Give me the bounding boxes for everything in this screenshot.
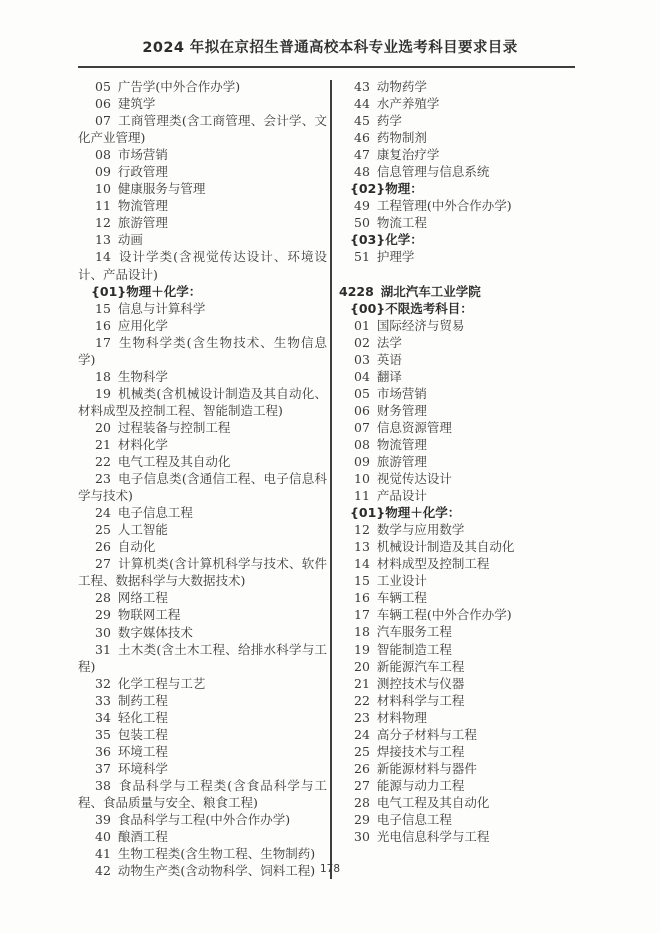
list-item: 14材料成型及控制工程 — [337, 555, 575, 572]
item-text: 信息资源管理 — [377, 420, 452, 435]
list-item: 07信息资源管理 — [337, 419, 575, 436]
item-number: 29 — [354, 812, 370, 827]
right-column: 43动物药学 44水产养殖学 45药学 46药物制剂 47康复治疗学 48信息管… — [334, 78, 575, 879]
item-number: 26 — [354, 761, 370, 776]
list-item: 36环境工程 — [78, 743, 327, 760]
item-number: 40 — [95, 829, 111, 844]
item-text: 食品科学与工程(中外合作办学) — [118, 812, 290, 827]
item-text: 材料科学与工程 — [377, 693, 465, 708]
list-item: 32化学工程与工艺 — [78, 675, 327, 692]
item-text: 市场营销 — [377, 386, 427, 401]
item-text: 产品设计 — [377, 488, 427, 503]
list-item: 02法学 — [337, 334, 575, 351]
item-number: 03 — [354, 352, 370, 367]
item-number: 16 — [354, 590, 370, 605]
list-item: 34轻化工程 — [78, 709, 327, 726]
item-number: 24 — [95, 505, 111, 520]
item-number: 36 — [95, 744, 111, 759]
list-item: 12数学与应用数学 — [337, 521, 575, 538]
list-item: 47康复治疗学 — [337, 146, 575, 163]
item-number: 35 — [95, 727, 111, 742]
item-number: 22 — [354, 693, 370, 708]
list-item: 12旅游管理 — [78, 214, 327, 231]
item-text: 水产养殖学 — [377, 96, 440, 111]
item-number: 33 — [95, 693, 111, 708]
document-header: 2024 年拟在京招生普通高校本科专业选考科目要求目录 — [0, 0, 660, 68]
item-text: {03}化学： — [350, 232, 423, 247]
item-number: 09 — [95, 164, 111, 179]
list-item: 35包装工程 — [78, 726, 327, 743]
item-text: 数学与应用数学 — [377, 522, 465, 537]
list-item: 05市场营销 — [337, 385, 575, 402]
item-text: 计算机类(含计算机科学与技术、软件工程、数据科学与大数据技术) — [78, 556, 327, 588]
list-item: 27计算机类(含计算机科学与技术、软件工程、数据科学与大数据技术) — [78, 555, 327, 589]
item-number: 47 — [354, 147, 370, 162]
item-text: 机械设计制造及其自动化 — [377, 539, 515, 554]
item-number: 19 — [354, 642, 370, 657]
list-item: 16应用化学 — [78, 317, 327, 334]
item-text: 环境工程 — [118, 744, 168, 759]
list-item: 31土木类(含土木工程、给排水科学与工程) — [78, 641, 327, 675]
item-number: 22 — [95, 454, 111, 469]
list-item: 22材料科学与工程 — [337, 692, 575, 709]
item-number: 50 — [354, 215, 370, 230]
item-text: 车辆工程 — [377, 590, 427, 605]
list-item: 24电子信息工程 — [78, 504, 327, 521]
list-item: 18生物科学 — [78, 368, 327, 385]
item-text: 物流管理 — [118, 198, 168, 213]
list-item: 21测控技术与仪器 — [337, 675, 575, 692]
list-item: 23电子信息类(含通信工程、电子信息科学与技术) — [78, 470, 327, 504]
item-number: 09 — [354, 454, 370, 469]
item-number: 06 — [354, 403, 370, 418]
item-number: 20 — [354, 659, 370, 674]
item-number: 15 — [354, 573, 370, 588]
item-text: 药物制剂 — [377, 130, 427, 145]
list-item: {00}不限选考科目： — [337, 300, 575, 317]
page-number: 178 — [0, 863, 660, 875]
item-number: 25 — [95, 522, 111, 537]
item-number: 27 — [354, 778, 370, 793]
item-text: 工业设计 — [377, 573, 427, 588]
two-column-layout: 05广告学(中外合作办学) 06建筑学 07工商管理类(含工商管理、会计学、文化… — [78, 78, 575, 879]
item-text: 测控技术与仪器 — [377, 676, 465, 691]
item-number: 13 — [95, 232, 111, 247]
list-item: 13动画 — [78, 231, 327, 248]
item-number: 14 — [354, 556, 370, 571]
list-item: 41生物工程类(含生物工程、生物制药) — [78, 845, 327, 862]
item-text: 自动化 — [118, 539, 156, 554]
list-item: 40酿酒工程 — [78, 828, 327, 845]
list-item: 15工业设计 — [337, 572, 575, 589]
item-number: 4228 — [339, 284, 374, 299]
item-text: 车辆工程(中外合作办学) — [377, 607, 512, 622]
item-text: 土木类(含土木工程、给排水科学与工程) — [78, 642, 327, 674]
page-title: 2024 年拟在京招生普通高校本科专业选考科目要求目录 — [80, 38, 580, 58]
item-number: 31 — [95, 642, 111, 657]
item-text: 健康服务与管理 — [118, 181, 206, 196]
item-number: 05 — [95, 79, 111, 94]
item-number: 21 — [95, 437, 111, 452]
item-text: 工商管理类(含工商管理、会计学、文化产业管理) — [78, 113, 327, 145]
item-text: 广告学(中外合作办学) — [118, 79, 240, 94]
list-item: 26新能源材料与器件 — [337, 760, 575, 777]
item-text: 人工智能 — [118, 522, 168, 537]
list-item: 43动物药学 — [337, 78, 575, 95]
list-item: 25人工智能 — [78, 521, 327, 538]
list-item: 17车辆工程(中外合作办学) — [337, 606, 575, 623]
item-number: 41 — [95, 846, 111, 861]
item-number: 17 — [95, 335, 111, 350]
item-text: 能源与动力工程 — [377, 778, 465, 793]
list-item: 22电气工程及其自动化 — [78, 453, 327, 470]
list-item: {01}物理＋化学： — [78, 283, 327, 300]
column-divider-rule — [330, 80, 332, 879]
item-number: 01 — [354, 318, 370, 333]
item-text: 新能源材料与器件 — [377, 761, 477, 776]
item-text: 市场营销 — [118, 147, 168, 162]
list-item: 24高分子材料与工程 — [337, 726, 575, 743]
item-text: 物流管理 — [377, 437, 427, 452]
list-item: 17生物科学类(含生物技术、生物信息学) — [78, 334, 327, 368]
item-text: {01}物理＋化学： — [91, 284, 201, 299]
list-item: 26自动化 — [78, 538, 327, 555]
list-item: 39食品科学与工程(中外合作办学) — [78, 811, 327, 828]
document-page: 2024 年拟在京招生普通高校本科专业选考科目要求目录 05广告学(中外合作办学… — [0, 0, 660, 933]
item-number: 04 — [354, 369, 370, 384]
item-text: 电气工程及其自动化 — [118, 454, 231, 469]
item-number: 12 — [354, 522, 370, 537]
list-item: 10视觉传达设计 — [337, 470, 575, 487]
list-item: 28电气工程及其自动化 — [337, 794, 575, 811]
list-item: 21材料化学 — [78, 436, 327, 453]
list-item: 18汽车服务工程 — [337, 623, 575, 640]
item-number: 07 — [354, 420, 370, 435]
left-column: 05广告学(中外合作办学) 06建筑学 07工商管理类(含工商管理、会计学、文化… — [78, 78, 327, 879]
list-item: 48信息管理与信息系统 — [337, 163, 575, 180]
item-number: 43 — [354, 79, 370, 94]
list-item: 4228湖北汽车工业学院 — [337, 283, 575, 300]
item-number: 28 — [95, 590, 111, 605]
item-number: 44 — [354, 96, 370, 111]
item-text: 高分子材料与工程 — [377, 727, 477, 742]
item-text: 电子信息工程 — [377, 812, 452, 827]
list-item: 08市场营销 — [78, 146, 327, 163]
list-item — [337, 266, 575, 283]
item-text: 数字媒体技术 — [118, 625, 193, 640]
item-text: 国际经济与贸易 — [377, 318, 465, 333]
list-item: 20过程装备与控制工程 — [78, 419, 327, 436]
item-number: 11 — [354, 488, 370, 503]
list-item: 19智能制造工程 — [337, 641, 575, 658]
item-number: 15 — [95, 301, 111, 316]
list-item: 33制药工程 — [78, 692, 327, 709]
item-number: 30 — [354, 829, 370, 844]
list-item: 05广告学(中外合作办学) — [78, 78, 327, 95]
item-number: 32 — [95, 676, 111, 691]
item-text: {00}不限选考科目： — [350, 301, 473, 316]
item-text: 护理学 — [377, 249, 415, 264]
item-number: 16 — [95, 318, 111, 333]
list-item: 06财务管理 — [337, 402, 575, 419]
item-text: 建筑学 — [118, 96, 156, 111]
item-number: 20 — [95, 420, 111, 435]
list-item: 14设计学类(含视觉传达设计、环境设计、产品设计) — [78, 248, 327, 282]
item-text: 食品科学与工程类(含食品科学与工程、食品质量与安全、粮食工程) — [78, 778, 327, 810]
list-item: 49工程管理(中外合作办学) — [337, 197, 575, 214]
item-number: 06 — [95, 96, 111, 111]
item-text: 化学工程与工艺 — [118, 676, 206, 691]
item-number: 25 — [354, 744, 370, 759]
item-number: 23 — [354, 710, 370, 725]
item-number: 34 — [95, 710, 111, 725]
item-number: 29 — [95, 607, 111, 622]
item-text: 材料化学 — [118, 437, 168, 452]
item-text: 材料物理 — [377, 710, 427, 725]
item-text: 新能源汽车工程 — [377, 659, 465, 674]
item-number: 10 — [354, 471, 370, 486]
item-text: 生物科学类(含生物技术、生物信息学) — [78, 335, 327, 367]
item-number: 10 — [95, 181, 111, 196]
item-text: 智能制造工程 — [377, 642, 452, 657]
item-number: 51 — [354, 249, 370, 264]
item-number: 38 — [95, 778, 111, 793]
item-number: 13 — [354, 539, 370, 554]
item-text: 翻译 — [377, 369, 402, 384]
item-number: 39 — [95, 812, 111, 827]
item-text: 制药工程 — [118, 693, 168, 708]
item-text: 轻化工程 — [118, 710, 168, 725]
item-number: 37 — [95, 761, 111, 776]
item-text: 财务管理 — [377, 403, 427, 418]
list-item: 25焊接技术与工程 — [337, 743, 575, 760]
list-item: 08物流管理 — [337, 436, 575, 453]
title-divider-rule — [78, 66, 575, 68]
item-number: 30 — [95, 625, 111, 640]
item-text: 酿酒工程 — [118, 829, 168, 844]
item-number: 12 — [95, 215, 111, 230]
list-item: 11产品设计 — [337, 487, 575, 504]
item-text: 湖北汽车工业学院 — [381, 284, 481, 299]
list-item: 11物流管理 — [78, 197, 327, 214]
list-item: {01}物理＋化学： — [337, 504, 575, 521]
list-item: 19机械类(含机械设计制造及其自动化、材料成型及控制工程、智能制造工程) — [78, 385, 327, 419]
list-item: 15信息与计算科学 — [78, 300, 327, 317]
list-item: 16车辆工程 — [337, 589, 575, 606]
item-text: 信息与计算科学 — [118, 301, 206, 316]
item-text: 应用化学 — [118, 318, 168, 333]
item-text: 网络工程 — [118, 590, 168, 605]
item-number: 08 — [95, 147, 111, 162]
list-item: 30数字媒体技术 — [78, 624, 327, 641]
list-item: 10健康服务与管理 — [78, 180, 327, 197]
item-text: 行政管理 — [118, 164, 168, 179]
item-number: 26 — [95, 539, 111, 554]
item-text: 焊接技术与工程 — [377, 744, 465, 759]
item-text: 英语 — [377, 352, 402, 367]
list-item: 38食品科学与工程类(含食品科学与工程、食品质量与安全、粮食工程) — [78, 777, 327, 811]
list-item: 45药学 — [337, 112, 575, 129]
item-text: 电气工程及其自动化 — [377, 795, 490, 810]
list-item: 03英语 — [337, 351, 575, 368]
list-item: 04翻译 — [337, 368, 575, 385]
item-number: 45 — [354, 113, 370, 128]
list-item: 13机械设计制造及其自动化 — [337, 538, 575, 555]
item-number: 24 — [354, 727, 370, 742]
item-text: 生物科学 — [118, 369, 168, 384]
item-number: 27 — [95, 556, 111, 571]
list-item: 27能源与动力工程 — [337, 777, 575, 794]
list-item: 09行政管理 — [78, 163, 327, 180]
item-text: 动物药学 — [377, 79, 427, 94]
item-number: 05 — [354, 386, 370, 401]
item-text: 工程管理(中外合作办学) — [377, 198, 512, 213]
item-text: 环境科学 — [118, 761, 168, 776]
item-text: 动画 — [118, 232, 143, 247]
item-number: 17 — [354, 607, 370, 622]
item-number: 23 — [95, 471, 111, 486]
list-item: {02}物理： — [337, 180, 575, 197]
item-text: 旅游管理 — [377, 454, 427, 469]
item-text: 电子信息工程 — [118, 505, 193, 520]
item-text: 电子信息类(含通信工程、电子信息科学与技术) — [78, 471, 327, 503]
list-item: 37环境科学 — [78, 760, 327, 777]
item-text: 康复治疗学 — [377, 147, 440, 162]
item-text: {01}物理＋化学： — [350, 505, 460, 520]
list-item: 46药物制剂 — [337, 129, 575, 146]
list-item: 50物流工程 — [337, 214, 575, 231]
list-item: 09旅游管理 — [337, 453, 575, 470]
list-item: 20新能源汽车工程 — [337, 658, 575, 675]
item-number: 11 — [95, 198, 111, 213]
list-item: 51护理学 — [337, 248, 575, 265]
list-item: 06建筑学 — [78, 95, 327, 112]
item-text: 信息管理与信息系统 — [377, 164, 490, 179]
item-number: 28 — [354, 795, 370, 810]
item-text: 视觉传达设计 — [377, 471, 452, 486]
item-number: 14 — [95, 249, 111, 264]
list-item: 01国际经济与贸易 — [337, 317, 575, 334]
item-number: 49 — [354, 198, 370, 213]
list-item: 28网络工程 — [78, 589, 327, 606]
list-item: 29电子信息工程 — [337, 811, 575, 828]
list-item: 23材料物理 — [337, 709, 575, 726]
list-item: 07工商管理类(含工商管理、会计学、文化产业管理) — [78, 112, 327, 146]
item-text: 汽车服务工程 — [377, 624, 452, 639]
item-text: 设计学类(含视觉传达设计、环境设计、产品设计) — [78, 249, 327, 281]
item-text: 光电信息科学与工程 — [377, 829, 490, 844]
item-text: 材料成型及控制工程 — [377, 556, 490, 571]
item-number: 46 — [354, 130, 370, 145]
list-item: {03}化学： — [337, 231, 575, 248]
item-number: 08 — [354, 437, 370, 452]
item-text: 过程装备与控制工程 — [118, 420, 231, 435]
item-number: 18 — [95, 369, 111, 384]
item-text: 物联网工程 — [118, 607, 181, 622]
item-text: 机械类(含机械设计制造及其自动化、材料成型及控制工程、智能制造工程) — [78, 386, 327, 418]
item-number: 02 — [354, 335, 370, 350]
item-text: 生物工程类(含生物工程、生物制药) — [118, 846, 315, 861]
item-text: 药学 — [377, 113, 402, 128]
list-item: 44水产养殖学 — [337, 95, 575, 112]
item-text: 旅游管理 — [118, 215, 168, 230]
item-number: 21 — [354, 676, 370, 691]
item-number: 19 — [95, 386, 111, 401]
item-text: 包装工程 — [118, 727, 168, 742]
item-text: 物流工程 — [377, 215, 427, 230]
item-number: 48 — [354, 164, 370, 179]
item-text: {02}物理： — [350, 181, 423, 196]
list-item: 29物联网工程 — [78, 606, 327, 623]
item-text: 法学 — [377, 335, 402, 350]
item-number: 07 — [95, 113, 111, 128]
list-item: 30光电信息科学与工程 — [337, 828, 575, 845]
item-number: 18 — [354, 624, 370, 639]
